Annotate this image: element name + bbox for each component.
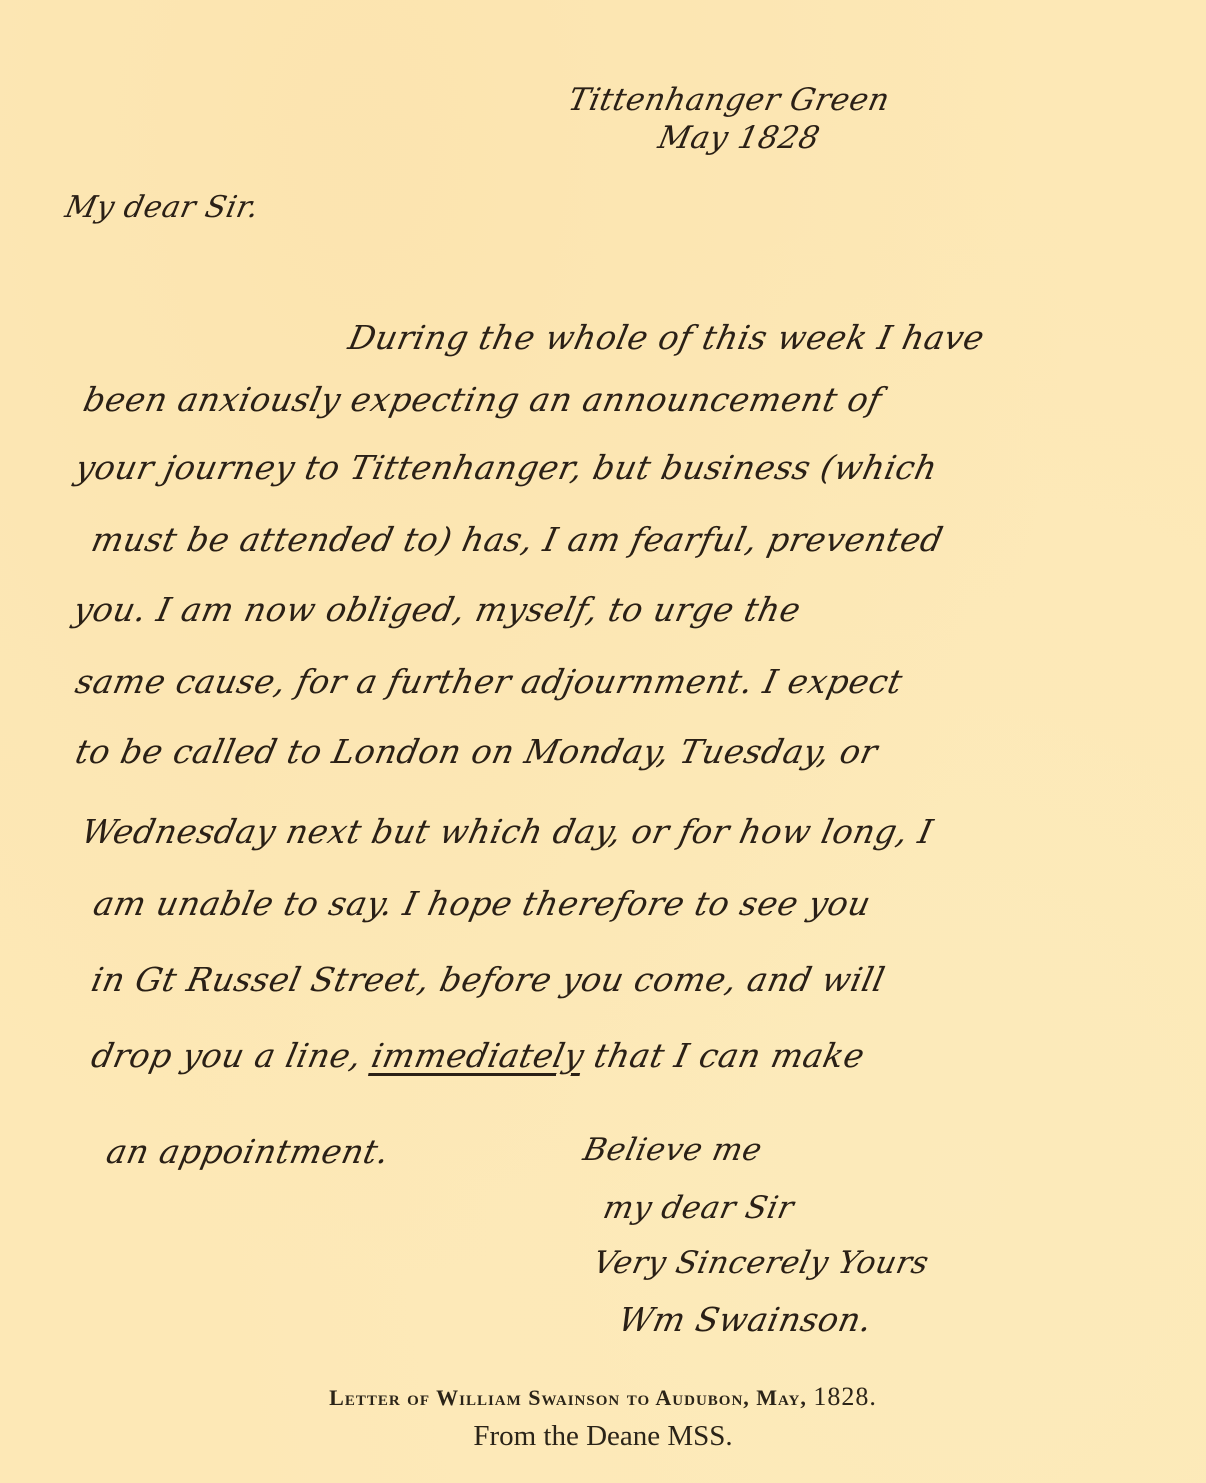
closing-line-3: Very Sincerely Yours (590, 1245, 932, 1281)
body-line-8: Wednesday next but which day, or for how… (78, 812, 937, 851)
caption-title-year: 1828. (813, 1382, 877, 1411)
body-line-2: been anxiously expecting an announcement… (80, 380, 885, 419)
closing-line-1: Believe me (580, 1132, 765, 1168)
underlined-word-immediately: immediately (368, 1036, 588, 1075)
manuscript-page: Tittenhanger Green May 1828 My dear Sir.… (0, 0, 1206, 1483)
letter-date: May 1828 (655, 120, 823, 156)
closing-line-2: my dear Sir (600, 1190, 797, 1226)
caption-title-text: Letter of William Swainson to Audubon, M… (329, 1385, 813, 1410)
body-line-7: to be called to London on Monday, Tuesda… (72, 732, 881, 771)
body-line-12: an appointment. (103, 1132, 393, 1171)
caption-source: From the Deane MSS. (0, 1420, 1206, 1453)
body-line-11-start: drop you a line, (88, 1036, 376, 1075)
signature: Wm Swainson. (615, 1300, 876, 1339)
body-line-11-end: that I can make (580, 1036, 869, 1075)
body-line-6: same cause, for a further adjournment. I… (72, 662, 906, 701)
body-line-1: During the whole of this week I have (345, 318, 988, 357)
body-line-5: you. I am now obliged, myself, to urge t… (70, 590, 805, 629)
body-line-3: your journey to Tittenhanger, but busine… (72, 448, 941, 487)
caption-title: Letter of William Swainson to Audubon, M… (0, 1382, 1206, 1412)
letter-place: Tittenhanger Green (565, 82, 893, 118)
body-line-9: am unable to say. I hope therefore to se… (90, 884, 874, 923)
body-line-10: in Gt Russel Street, before you come, an… (88, 960, 889, 999)
letter-salutation: My dear Sir. (62, 190, 262, 225)
body-line-11: drop you a line, immediately that I can … (88, 1036, 868, 1075)
body-line-4: must be attended to) has, I am fearful, … (88, 520, 947, 559)
